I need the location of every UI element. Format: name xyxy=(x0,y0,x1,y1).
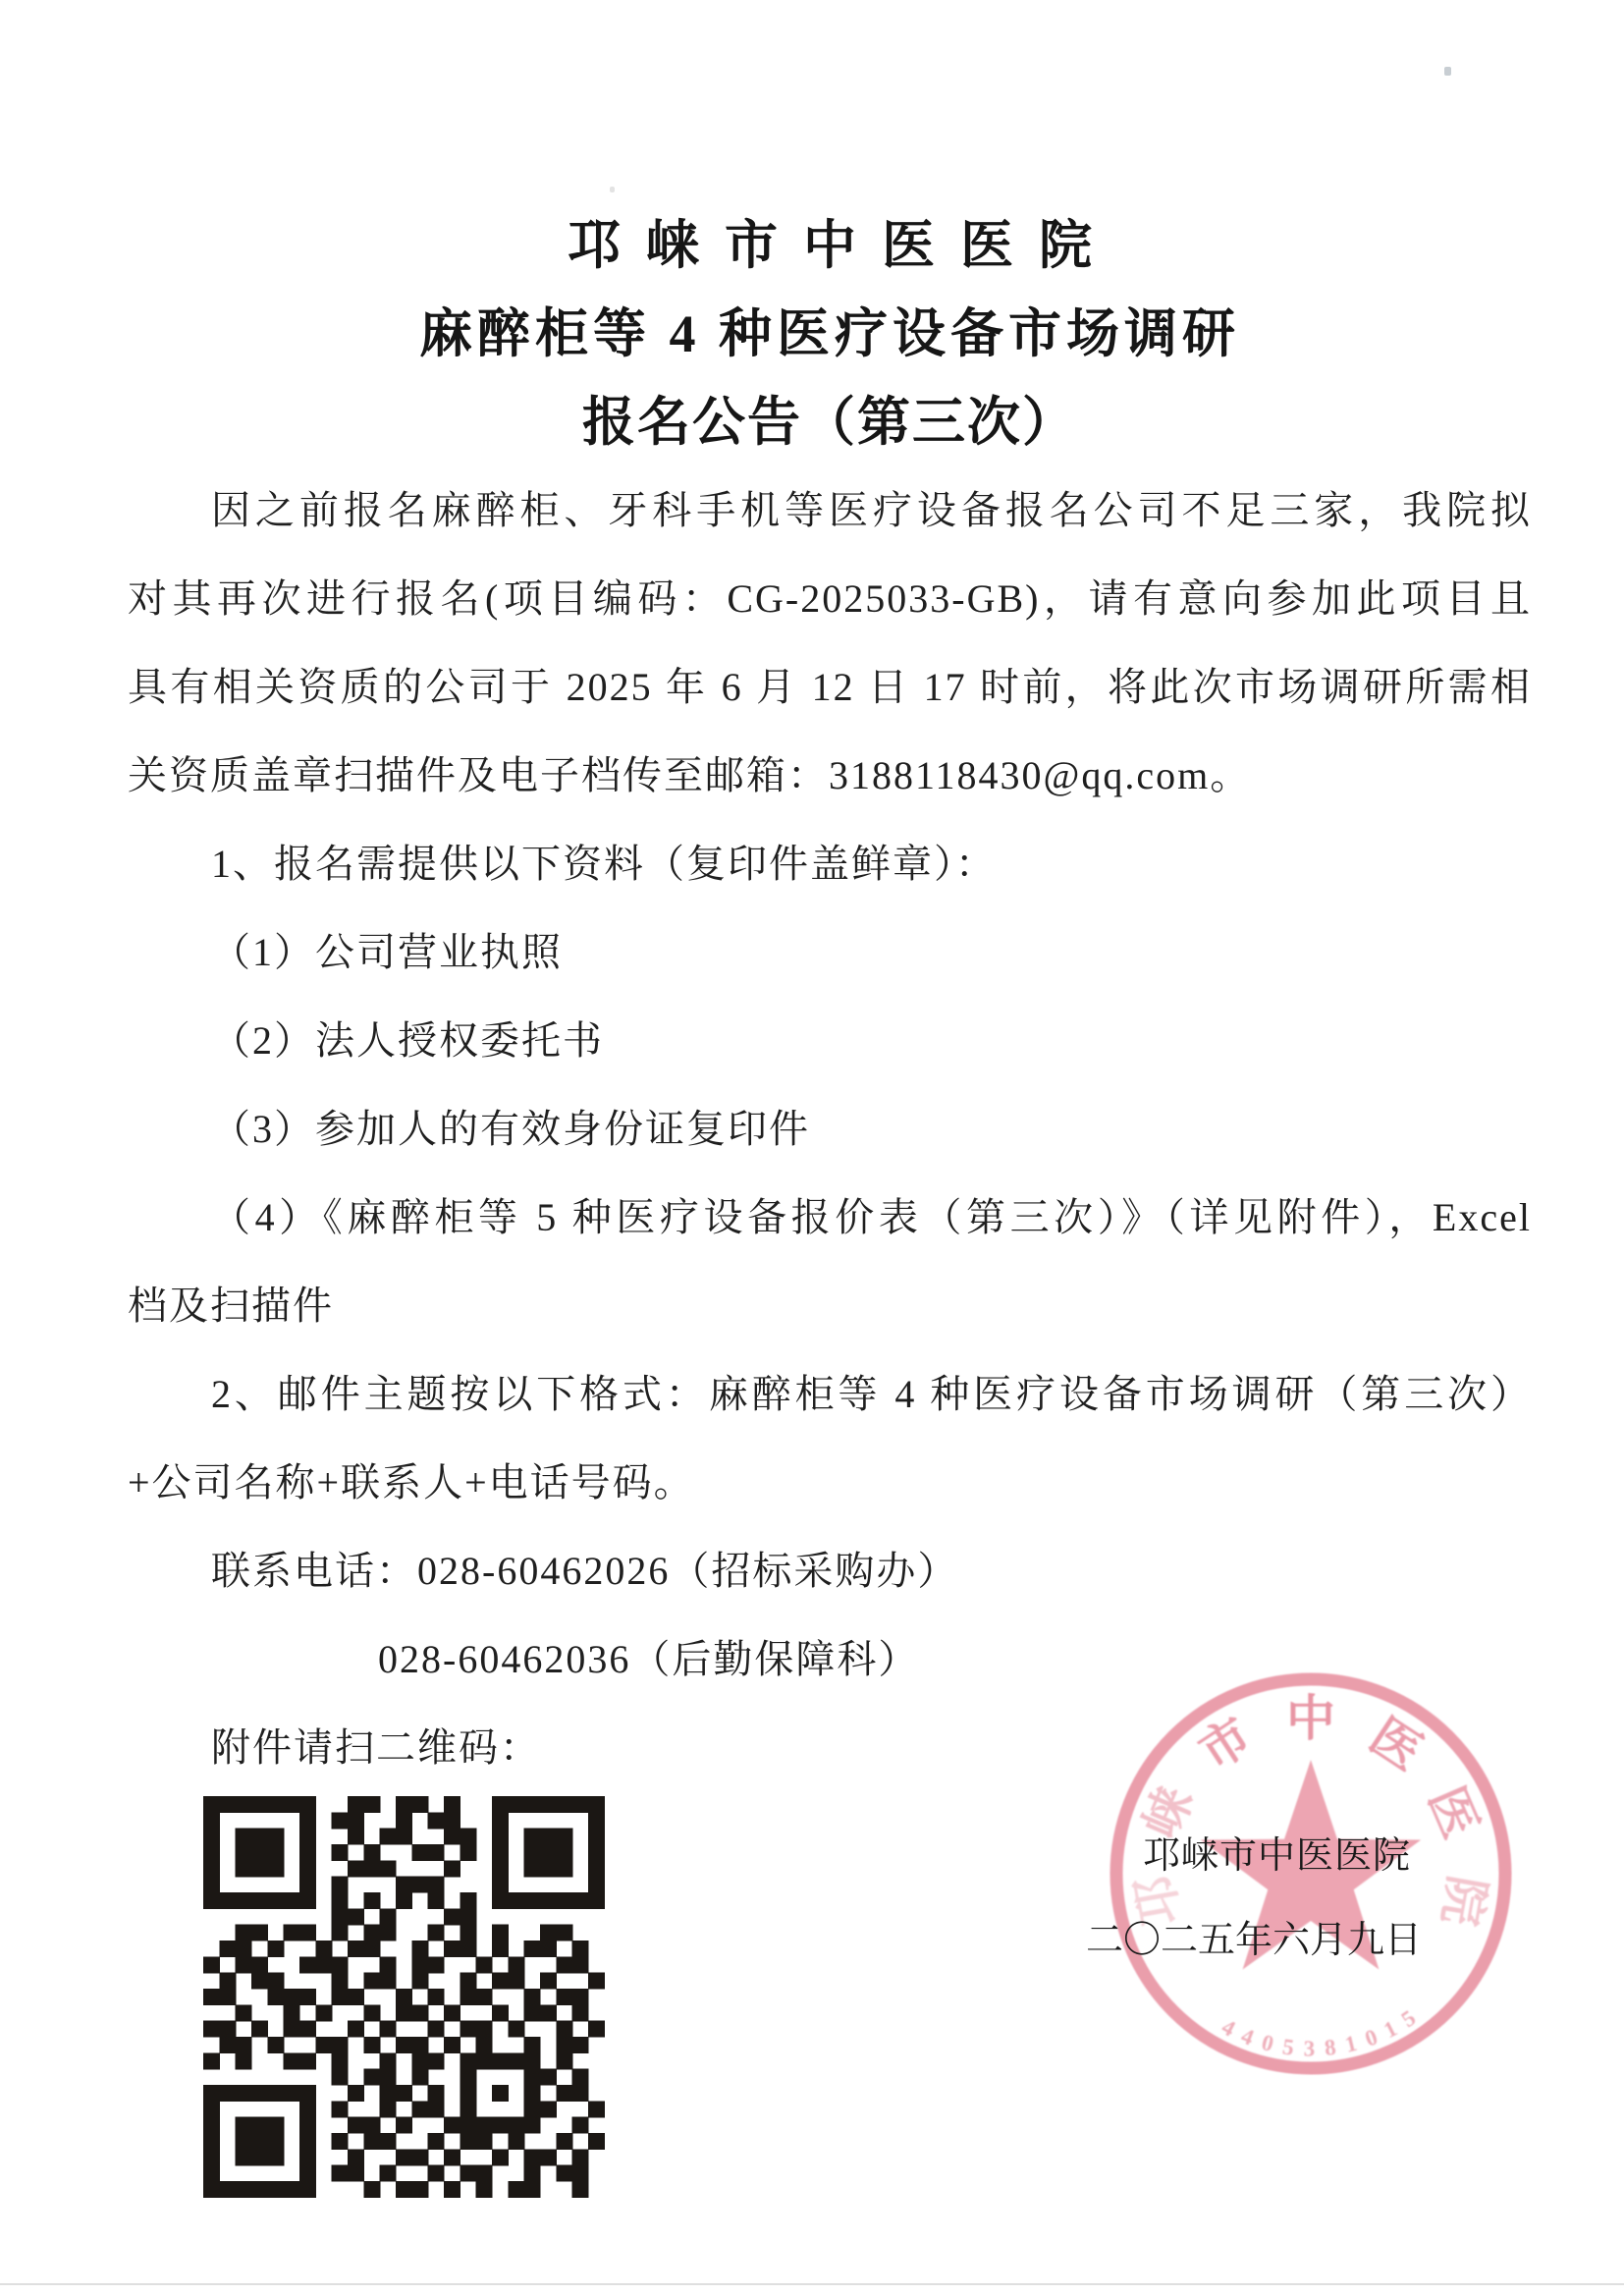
scan-artifact-speck xyxy=(1444,67,1451,76)
body-line-item-1: 1、报名需提供以下资料（复印件盖鲜章）： xyxy=(128,820,1532,908)
document-content: 邛崃市中医医院 麻醉柜等 4 种医疗设备市场调研 报名公告（第三次） 因之前报名… xyxy=(128,201,1532,2199)
body-line-item-2: 2、邮件主题按以下格式：麻醉柜等 4 种医疗设备市场调研（第三次） xyxy=(128,1350,1532,1439)
body-line-item-1-2: （2）法人授权委托书 xyxy=(128,997,1532,1085)
qr-code-image xyxy=(203,1796,606,2199)
scanned-announcement-page: 邛崃市中医医院 麻醉柜等 4 种医疗设备市场调研 报名公告（第三次） 因之前报名… xyxy=(0,0,1624,2296)
body-line: 因之前报名麻醉柜、牙科手机等医疗设备报名公司不足三家，我院拟 xyxy=(128,466,1532,555)
qr-code xyxy=(203,1796,606,2199)
signature-org: 邛崃市中医医院 xyxy=(1143,1832,1411,1880)
body-line: 对其再次进行报名(项目编码：CG-2025033-GB)，请有意向参加此项目且 xyxy=(128,555,1532,643)
signature-date: 二〇二五年六月九日 xyxy=(1086,1917,1422,1964)
scan-edge-line xyxy=(0,2283,1624,2285)
document-title-hospital: 邛崃市中医医院 xyxy=(128,201,1532,290)
body-line-email: 关资质盖章扫描件及电子档传至邮箱：3188118430@qq.com。 xyxy=(128,732,1532,820)
scan-artifact-speck xyxy=(610,187,615,192)
body-line: 档及扫描件 xyxy=(128,1262,1532,1350)
body-line-item-1-1: （1）公司营业执照 xyxy=(128,908,1532,997)
body-line: 具有相关资质的公司于 2025 年 6 月 12 日 17 时前，将此次市场调研… xyxy=(128,643,1532,732)
document-title-notice: 报名公告（第三次） xyxy=(128,378,1532,466)
body-line-phone-1: 联系电话：028-60462026（招标采购办） xyxy=(128,1527,1532,1615)
body-line-item-1-4: （4）《麻醉柜等 5 种医疗设备报价表（第三次）》（详见附件），Excel xyxy=(128,1174,1532,1262)
body-line-item-1-3: （3）参加人的有效身份证复印件 xyxy=(128,1085,1532,1174)
body-line: +公司名称+联系人+电话号码。 xyxy=(128,1439,1532,1527)
body-line-qr-hint: 附件请扫二维码： xyxy=(128,1704,1532,1792)
document-title-subject: 麻醉柜等 4 种医疗设备市场调研 xyxy=(128,290,1532,378)
body-line-phone-2: 028-60462036（后勤保障科） xyxy=(128,1615,1532,1704)
